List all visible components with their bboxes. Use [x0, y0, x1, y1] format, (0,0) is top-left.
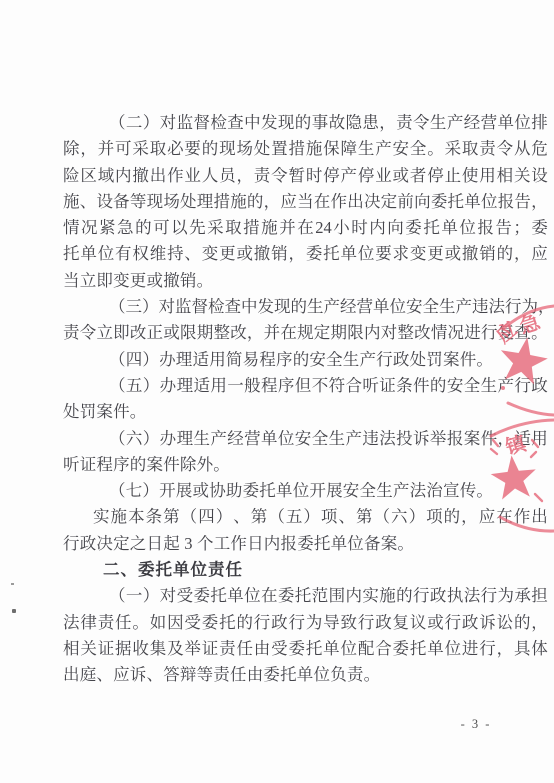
text-line: （三）对监督检查中发现的生产经营单位安全生产违法行为， [63, 294, 548, 320]
partial-character-strokes [531, 440, 538, 457]
text-line: （四）办理适用简易程序的安全生产行政处罚案件。 [63, 347, 548, 373]
star-icon [489, 453, 538, 500]
text-line: 法律责任。如因受委托的行政行为导致行政复议或行政诉讼的， [63, 610, 548, 636]
seal-character: 应 [491, 317, 522, 348]
seal-character: 镇 [503, 430, 530, 459]
official-seals: 应 急 镇 [480, 295, 554, 540]
town-seal: 镇 [489, 420, 554, 531]
text-line: 处罚案件。 [63, 399, 548, 425]
text-line: 除，并可采取必要的现场处置措施保障生产安全。采取责令从危 [63, 136, 548, 162]
text-line: （七）开展或协助委托单位开展安全生产法治宣传。 [63, 478, 548, 504]
text-line: 险区域内撤出作业人员，责令暂时停产停业或者停止使用相关设 [63, 163, 548, 189]
document-body: （二）对监督检查中发现的事故隐患，责令生产经营单位排除，并可采取必要的现场处置措… [63, 110, 548, 689]
text-line: 责令立即改正或限期整改，并在规定期限内对整改情况进行复查。 [63, 320, 548, 346]
text-line: 情况紧急的可以先采取措施并在24小时内向委托单位报告；委 [63, 215, 548, 241]
text-line: 相关证据收集及举证责任由受委托单位配合委托单位进行，具体 [63, 636, 548, 662]
text-line: 出庭、应诉、答辩等责任由委托单位负责。 [63, 662, 548, 688]
seal-arc-bottom [500, 517, 554, 531]
section-heading: 二、委托单位责任 [63, 557, 548, 583]
text-line: 实施本条第（四）、第（五）项、第（六）项的，应在作出 [63, 504, 548, 530]
scanned-document-page: （二）对监督检查中发现的事故隐患，责令生产经营单位排除，并可采取必要的现场处置措… [0, 0, 554, 783]
text-line: （五）办理适用一般程序但不符合听证条件的安全生产行政 [63, 373, 548, 399]
seal-arc-bottom [508, 403, 554, 415]
partial-character-strokes [491, 440, 498, 454]
text-line: 托单位有权维持、变更或撤销，委托单位要求变更或撤销的，应 [63, 241, 548, 267]
scan-speck [11, 583, 14, 585]
scan-speck [12, 609, 16, 613]
text-line: 听证程序的案件除外。 [63, 452, 548, 478]
ink-speckle [535, 494, 542, 501]
text-line: （六）办理生产经营单位安全生产违法投诉举报案件，适用 [63, 426, 548, 452]
text-line: 当立即变更或撤销。 [63, 268, 548, 294]
ink-speckle [501, 386, 505, 390]
text-line: （二）对监督检查中发现的事故隐患，责令生产经营单位排 [63, 110, 548, 136]
page-number: - 3 - [452, 717, 500, 732]
text-line: （一）对受委托单位在委托范围内实施的行政执法行为承担 [63, 583, 548, 609]
text-line: 施、设备等现场处理措施的，应当在作出决定前向委托单位报告， [63, 189, 548, 215]
text-line: 行政决定之日起 3 个工作日内报委托单位备案。 [63, 531, 548, 557]
emergency-seal: 应 急 [491, 306, 554, 415]
